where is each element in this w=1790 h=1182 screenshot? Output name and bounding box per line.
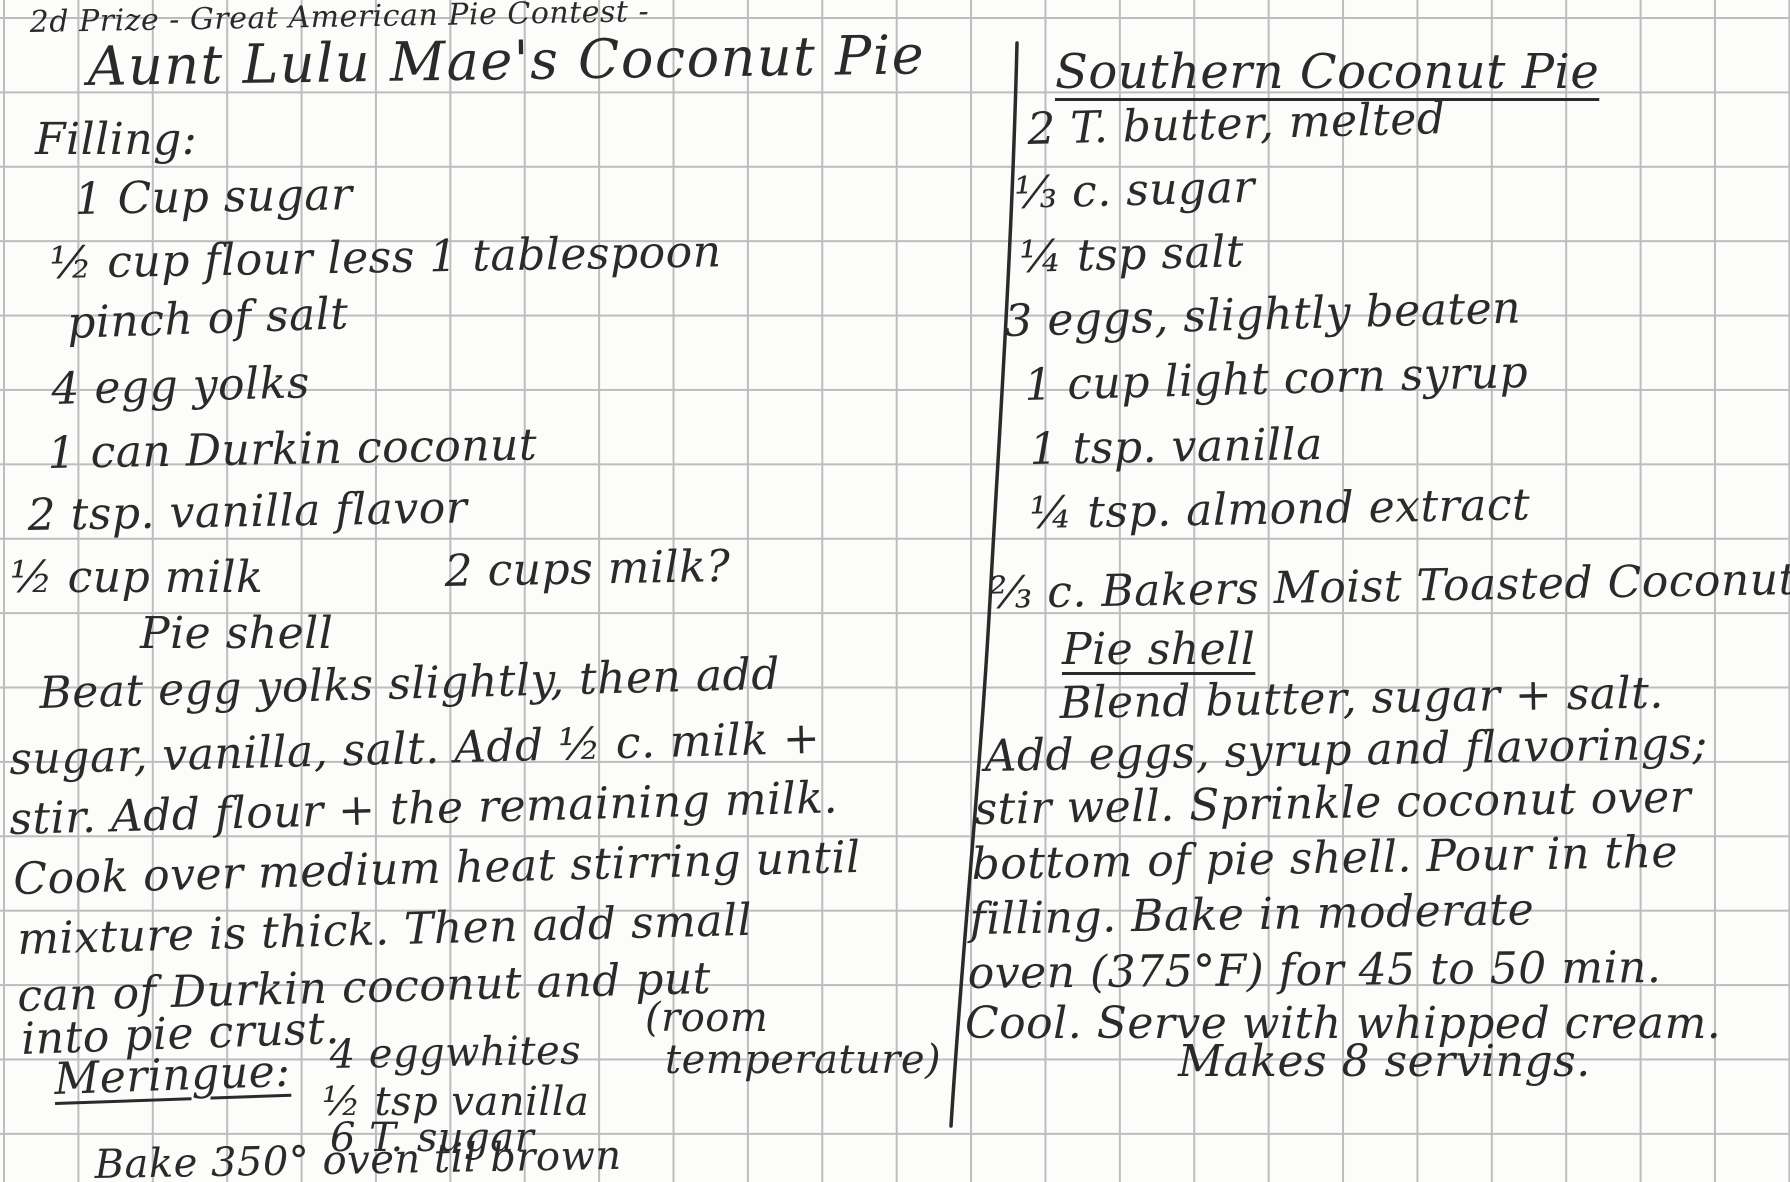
ingredient-right-6: 1 tsp. vanilla [1029,423,1323,472]
meringue-label: Meringue: [53,1050,291,1102]
ingredient-right-1: 2 T. butter, melted [1027,97,1446,152]
instruction-right-1: Blend butter, sugar + salt. [1059,671,1664,726]
filling-label: Filling: [35,118,197,162]
instruction-right-5: filling. Bake in moderate [969,888,1534,942]
instruction-left-2: sugar, vanilla, salt. Add ½ c. milk + [9,717,821,782]
ingredient-right-2: ⅓ c. sugar [1014,166,1256,216]
recipe-card: 2d Prize - Great American Pie Contest - … [0,0,1790,1182]
meringue-item-1: 4 eggwhites [329,1031,581,1075]
instruction-right-3: stir well. Sprinkle coconut over [974,775,1691,832]
recipe-title-right: Southern Coconut Pie [1055,48,1599,96]
servings-note: Makes 8 servings. [1178,1040,1591,1084]
instruction-left-5: mixture is thick. Then add small [17,899,753,962]
ingredient-left-6: 2 tsp. vanilla flavor [27,486,467,538]
instruction-right-2: Add eggs, syrup and flavorings; [984,722,1708,779]
meringue-bake-note: Bake 350° oven til brown [94,1136,622,1182]
ingredient-right-3: ¼ tsp salt [1019,230,1245,280]
pie-shell-right: Pie shell [1062,628,1255,672]
ingredient-right-8: ⅔ c. Bakers Moist Toasted Coconut [989,558,1790,616]
recipe-title-left: Aunt Lulu Mae's Coconut Pie [87,28,925,94]
meringue-room-note-2: temperature) [665,1040,941,1080]
instruction-right-6: oven (375°F) for 45 to 50 min. [968,946,1662,996]
ingredient-left-4: 4 egg yolks [51,361,311,412]
milk-question-note: 2 cups milk? [444,545,731,594]
instruction-left-1: Beat egg yolks slightly, then add [39,653,781,716]
ingredient-left-5: 1 can Durkin coconut [47,423,537,476]
ingredient-left-2: ½ cup flour less 1 tablespoon [49,230,722,286]
ingredient-left-3: pinch of salt [66,292,349,346]
pie-shell-left: Pie shell [140,612,333,656]
ingredient-left-1: 1 Cup sugar [74,173,353,222]
ingredient-right-7: ¼ tsp. almond extract [1029,483,1530,536]
instruction-left-3: stir. Add flour + the remaining milk. [9,776,839,842]
ingredient-right-4: 3 eggs, slightly beaten [1004,286,1522,344]
instruction-right-4: bottom of pie shell. Pour in the [971,831,1678,887]
instruction-left-4: Cook over medium heat stirring until [13,836,861,902]
meringue-room-note-1: (room [645,998,768,1038]
ingredient-right-5: 1 cup light corn syrup [1024,351,1529,408]
ingredient-left-7: ½ cup milk [10,556,263,600]
